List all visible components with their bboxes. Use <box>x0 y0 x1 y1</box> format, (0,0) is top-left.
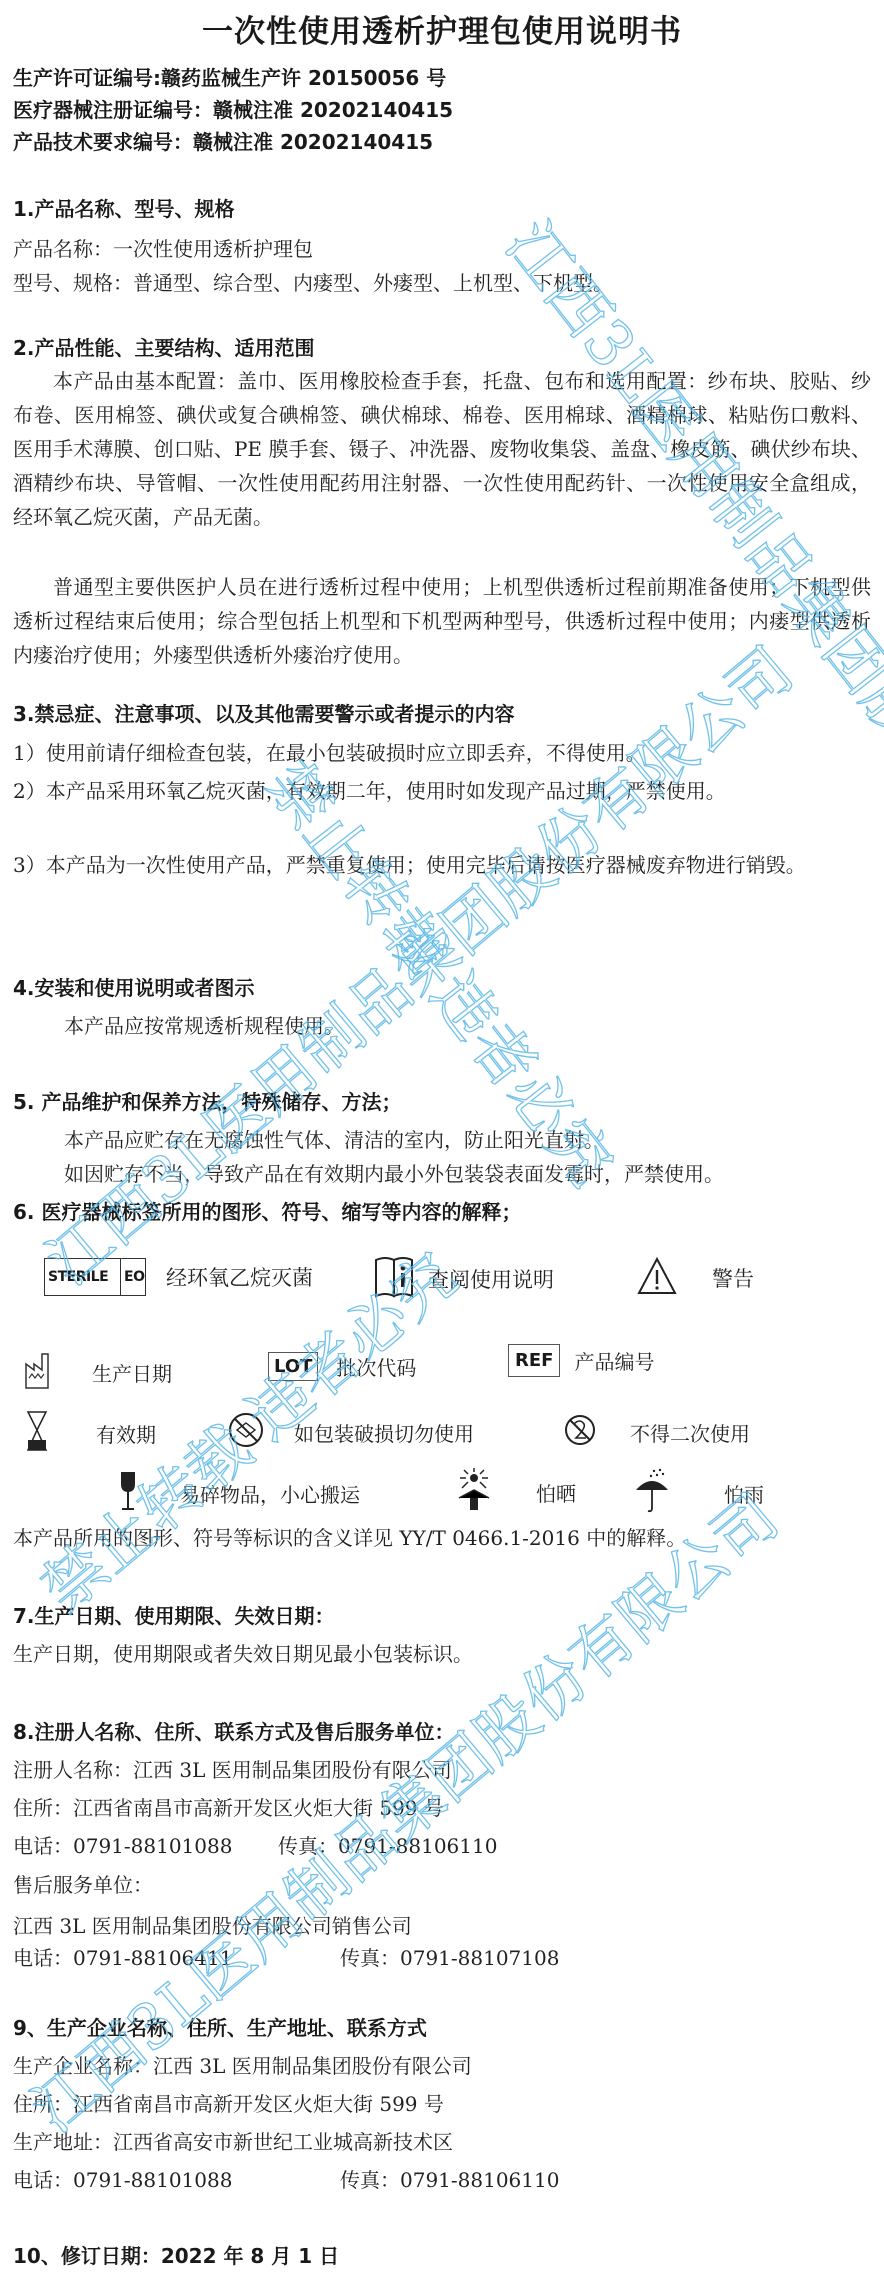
section-1-heading: 1.产品名称、型号、规格 <box>13 193 235 222</box>
product-name: 产品名称：一次性使用透析护理包 <box>13 233 313 262</box>
symbol-label: 批次代码 <box>336 1352 416 1381</box>
production-license-number: 生产许可证编号:赣药监械生产许 20150056 号 <box>13 62 446 91</box>
symbol-warning: 警告 <box>636 1256 754 1300</box>
storage-instruction-1: 本产品应贮存在无腐蚀性气体、清洁的室内，防止阳光直射。 <box>64 1124 604 1153</box>
warning-icon <box>636 1256 678 1300</box>
section-5-heading: 5. 产品维护和保养方法，特殊储存、方法； <box>13 1086 401 1115</box>
symbol-manufacture-date: 生产日期 <box>24 1350 172 1394</box>
registration-cert-number: 医疗器械注册证编号：赣械注准 20202140415 <box>13 94 453 123</box>
service-fax: 传真：0791-88107108 <box>340 1942 559 1971</box>
section-8-heading: 8.注册人名称、住所、联系方式及售后服务单位： <box>13 1716 455 1745</box>
symbol-standard-note: 本产品所用的图形、符号等标识的含义详见 YY/T 0466.1-2016 中的解… <box>13 1522 686 1551</box>
section-3-heading: 3.禁忌症、注意事项、以及其他需要警示或者提示的内容 <box>13 698 515 727</box>
instruction-document: 一次性使用透析护理包使用说明书 生产许可证编号:赣药监械生产许 20150056… <box>0 0 884 2279</box>
symbol-fragile: 易碎物品，小心搬运 <box>118 1470 360 1516</box>
registrant-address: 住所：江西省南昌市高新开发区火炬大街 599 号 <box>13 1792 444 1821</box>
ref-icon: REF <box>508 1344 560 1377</box>
symbol-label: 警告 <box>712 1263 754 1293</box>
symbol-sterile-eo: STERILE EO 经环氧乙烷灭菌 <box>44 1258 313 1296</box>
product-models: 型号、规格：普通型、综合型、内瘘型、外瘘型、上机型、下机型。 <box>13 267 613 296</box>
manufacturer-fax: 传真：0791-88106110 <box>340 2164 559 2193</box>
service-company: 江西 3L 医用制品集团股份有限公司销售公司 <box>13 1910 412 1939</box>
registrant-phone: 电话：0791-88101088 <box>13 1830 232 1859</box>
revision-date: 10、修订日期：2022 年 8 月 1 日 <box>13 2240 339 2269</box>
symbol-consult-instructions: 查阅使用说明 <box>374 1254 554 1304</box>
storage-instruction-2: 如因贮存不当，导致产品在有效期内最小外包装袋表面发霉时，严禁使用。 <box>64 1158 724 1187</box>
section-6-heading: 6. 医疗器械标签所用的图形、符号、缩写等内容的解释； <box>13 1196 521 1225</box>
hourglass-icon <box>26 1410 48 1456</box>
symbol-label: 查阅使用说明 <box>428 1264 554 1294</box>
section-2-heading: 2.产品性能、主要结构、适用范围 <box>13 332 315 361</box>
symbol-keep-dry: 怕雨 <box>634 1468 764 1518</box>
fragile-icon <box>118 1470 138 1516</box>
registrant-name: 注册人名称：江西 3L 医用制品集团股份有限公司 <box>13 1754 452 1783</box>
symbol-label: 如包装破损切勿使用 <box>294 1418 474 1447</box>
symbol-lot: LOT 批次代码 <box>268 1352 416 1381</box>
keep-from-sunlight-icon <box>456 1468 492 1516</box>
symbol-damaged-package: 如包装破损切勿使用 <box>228 1412 474 1452</box>
symbol-expiry: 有效期 <box>26 1410 156 1456</box>
tech-requirement-number: 产品技术要求编号：赣械注准 20202140415 <box>13 126 433 155</box>
symbol-row-2: 生产日期 LOT 批次代码 REF 产品编号 <box>0 1350 884 1410</box>
symbol-label: 怕雨 <box>724 1479 764 1508</box>
service-unit-label: 售后服务单位： <box>13 1869 153 1898</box>
symbol-row-4: 易碎物品，小心搬运 怕晒 怕雨 <box>0 1470 884 1530</box>
manufacturer-name: 生产企业名称：江西 3L 医用制品集团股份有限公司 <box>13 2050 472 2079</box>
caution-item-2: 2）本产品采用环氧乙烷灭菌，有效期二年，使用时如发现产品过期，严禁使用。 <box>13 774 871 808</box>
symbol-label: 生产日期 <box>92 1358 172 1387</box>
symbol-label: 不得二次使用 <box>630 1418 750 1447</box>
section-7-heading: 7.生产日期、使用期限、失效日期： <box>13 1600 335 1629</box>
symbol-row-1: STERILE EO 经环氧乙烷灭菌 查阅使用说明 警告 <box>0 1258 884 1318</box>
date-info: 生产日期，使用期限或者失效日期见最小包装标识。 <box>13 1638 473 1667</box>
manufacturer-phone: 电话：0791-88101088 <box>13 2164 232 2193</box>
document-title: 一次性使用透析护理包使用说明书 <box>0 6 884 51</box>
symbol-label: 易碎物品，小心搬运 <box>180 1479 360 1508</box>
section-2-composition: 本产品由基本配置：盖巾、医用橡胶检查手套，托盘、包布和选用配置：纱布块、胶贴、纱… <box>13 364 871 534</box>
no-reuse-icon <box>564 1412 596 1452</box>
registrant-fax: 传真：0791-88106110 <box>278 1830 497 1859</box>
manufacture-date-icon <box>24 1350 50 1394</box>
damaged-package-icon <box>228 1412 264 1452</box>
consult-instructions-icon <box>374 1254 414 1304</box>
symbol-ref: REF 产品编号 <box>508 1344 654 1377</box>
caution-item-1: 1）使用前请仔细检查包装，在最小包装破损时应立即丢弃，不得使用。 <box>13 736 871 770</box>
service-phone: 电话：0791-88106411 <box>13 1942 232 1971</box>
section-9-heading: 9、生产企业名称、住所、生产地址、联系方式 <box>13 2012 427 2041</box>
manufacturer-address: 住所：江西省南昌市高新开发区火炬大街 599 号 <box>13 2088 444 2117</box>
installation-instruction: 本产品应按常规透析规程使用。 <box>64 1010 344 1039</box>
symbol-label: 经环氧乙烷灭菌 <box>166 1262 313 1292</box>
symbol-label: 有效期 <box>96 1419 156 1448</box>
section-2-usage-scope: 普通型主要供医护人员在进行透析过程中使用；上机型供透析过程前期准备使用；下机型供… <box>13 570 871 672</box>
symbol-label: 产品编号 <box>574 1346 654 1375</box>
symbol-keep-from-sunlight: 怕晒 <box>456 1468 576 1516</box>
symbol-no-reuse: 不得二次使用 <box>564 1412 750 1452</box>
symbol-label: 怕晒 <box>536 1478 576 1507</box>
lot-icon: LOT <box>268 1352 318 1381</box>
symbol-row-3: 有效期 如包装破损切勿使用 不得二次使用 <box>0 1410 884 1470</box>
section-4-heading: 4.安装和使用说明或者图示 <box>13 972 255 1001</box>
caution-item-3: 3）本产品为一次性使用产品，严禁重复使用；使用完毕后请按医疗器械废弃物进行销毁。 <box>13 848 871 882</box>
keep-dry-icon <box>634 1468 670 1518</box>
sterile-eo-icon: STERILE EO <box>44 1258 146 1296</box>
production-address: 生产地址：江西省高安市新世纪工业城高新技术区 <box>13 2126 453 2155</box>
